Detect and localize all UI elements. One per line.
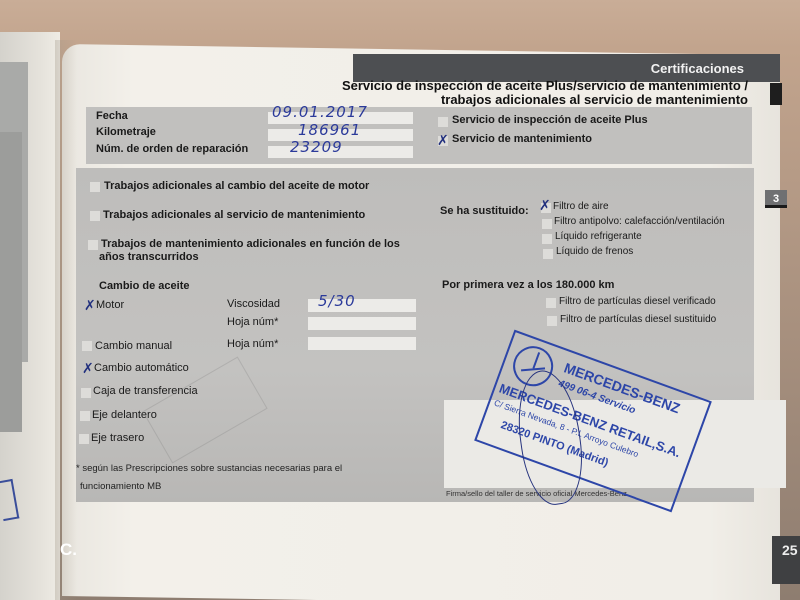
chapter-tab: 3 [765,190,787,208]
photo-caption: C. [60,540,77,560]
left-page-strip [0,132,22,432]
check-mark-icon: ✗ [84,298,96,312]
dpf-sustituido-label: Filtro de partículas diesel sustituido [560,314,716,325]
aw-anos-label: Trabajos de mantenimiento adicionales en… [101,238,400,250]
motor-label: Motor [96,299,124,311]
checkbox-cambio-manual[interactable] [82,341,92,351]
viscosidad-label: Viscosidad [227,298,280,310]
option-mantenimiento: Servicio de mantenimiento [452,133,592,145]
hoja-label-1: Hoja núm* [227,316,278,328]
checkbox-aw-anos[interactable] [88,240,98,250]
fecha-label: Fecha [96,110,128,122]
cambio-automatico-label: Cambio automático [94,362,189,374]
liquido-frenos-label: Líquido de frenos [556,246,633,257]
orden-label: Núm. de orden de reparación [96,143,248,155]
hoja-field-2[interactable] [308,337,416,350]
checkbox-aw-aceite[interactable] [90,182,100,192]
hoja-field-1[interactable] [308,317,416,330]
fecha-value: 09.01.2017 [272,103,368,121]
replaced-label: Se ha sustituido: [440,205,529,217]
kilometraje-value: 186961 [298,121,361,139]
record-box [86,107,752,164]
kilometraje-label: Kilometraje [96,126,156,138]
eje-trasero-label: Eje trasero [91,432,144,444]
dpf-verificado-label: Filtro de partículas diesel verificado [559,296,716,307]
cambio-manual-label: Cambio manual [95,340,172,352]
checkbox-eje-delantero[interactable] [80,411,90,421]
orden-value: 23209 [290,138,343,156]
aw-mantenimiento-label: Trabajos adicionales al servicio de mant… [103,209,365,221]
option-inspeccion-plus: Servicio de inspección de aceite Plus [452,114,648,126]
checkbox-aw-mantenimiento[interactable] [90,211,100,221]
hoja-label-2: Hoja núm* [227,338,278,350]
aw-aceite-label: Trabajos adicionales al cambio del aceit… [104,180,369,192]
checkbox-filtro-antipolvo[interactable] [542,219,552,229]
first-180k-heading: Por primera vez a los 180.000 km [442,279,614,291]
liquido-refrigerante-label: Líquido refrigerante [555,231,642,242]
page-number: 25 [772,536,800,584]
checkbox-inspeccion-plus[interactable] [438,117,448,127]
checkbox-liquido-frenos[interactable] [543,249,553,259]
spine-shadow [55,40,77,600]
check-mark-icon: ✗ [437,133,449,147]
checkbox-dpf-verificado[interactable] [546,298,556,308]
oil-change-heading: Cambio de aceite [99,280,189,292]
checkbox-caja-transferencia[interactable] [81,388,91,398]
left-page [0,32,60,600]
filtro-aire-label: Filtro de aire [553,201,609,212]
checkbox-liquido-refrigerante[interactable] [542,234,552,244]
footnote-line2: funcionamiento MB [80,481,161,492]
checkbox-eje-trasero[interactable] [79,434,89,444]
footnote-line1: * según las Prescripciones sobre sustanc… [76,463,342,474]
page-title-line1: Servicio de inspección de aceite Plus/se… [342,78,748,93]
filtro-antipolvo-label: Filtro antipolvo: calefacción/ventilació… [554,216,725,227]
page-title-line2: trabajos adicionales al servicio de mant… [441,92,748,107]
checkbox-dpf-sustituido[interactable] [547,316,557,326]
banner-edge [770,83,782,105]
aw-anos-label2: años transcurridos [99,251,199,263]
check-mark-icon: ✗ [539,198,551,212]
stamp-fragment [0,479,19,521]
viscosidad-value: 5/30 [318,292,356,310]
check-mark-icon: ✗ [82,361,94,375]
